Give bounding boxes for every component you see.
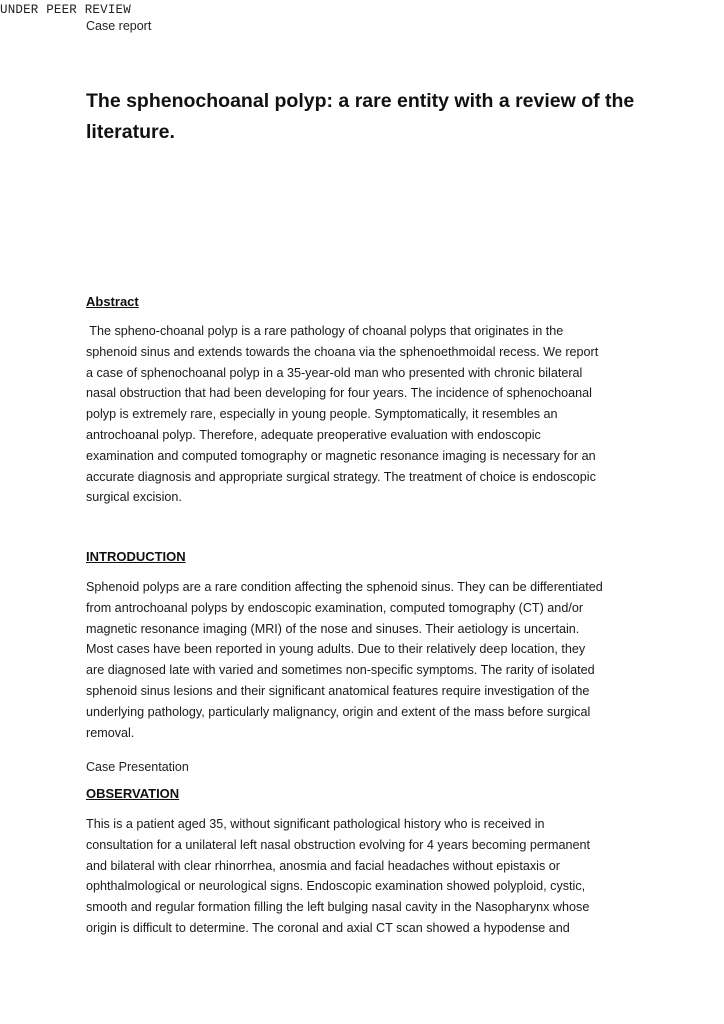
abstract-heading: Abstract: [86, 294, 139, 309]
observation-line: This is a patient aged 35, without signi…: [86, 814, 686, 835]
abstract-line: nasal obstruction that had been developi…: [86, 383, 686, 404]
observation-paragraph: This is a patient aged 35, without signi…: [86, 814, 686, 939]
title-line: The sphenochoanal polyp: a rare entity w…: [86, 86, 666, 117]
introduction-paragraph: Sphenoid polyps are a rare condition aff…: [86, 577, 686, 743]
abstract-line: sphenoid sinus and extends towards the c…: [86, 342, 686, 363]
abstract-line: The spheno-choanal polyp is a rare patho…: [86, 321, 686, 342]
abstract-line: polyp is extremely rare, especially in y…: [86, 404, 686, 425]
abstract-line: surgical excision.: [86, 487, 686, 508]
case-presentation-label: Case Presentation: [86, 760, 189, 774]
observation-line: smooth and regular formation filling the…: [86, 897, 686, 918]
abstract-line: accurate diagnosis and appropriate surgi…: [86, 467, 686, 488]
introduction-line: from antrochoanal polyps by endoscopic e…: [86, 598, 686, 619]
paper-title: The sphenochoanal polyp: a rare entity w…: [86, 86, 666, 148]
introduction-heading: INTRODUCTION: [86, 549, 186, 564]
introduction-line: sphenoid sinus lesions and their signifi…: [86, 681, 686, 702]
abstract-line: antrochoanal polyp. Therefore, adequate …: [86, 425, 686, 446]
observation-line: origin is difficult to determine. The co…: [86, 918, 686, 939]
peer-review-watermark: UNDER PEER REVIEW: [0, 3, 131, 17]
observation-line: and bilateral with clear rhinorrhea, ano…: [86, 856, 686, 877]
title-line: literature.: [86, 117, 666, 148]
introduction-line: removal.: [86, 723, 686, 744]
abstract-line: examination and computed tomography or m…: [86, 446, 686, 467]
article-type-label: Case report: [86, 19, 151, 33]
observation-heading: OBSERVATION: [86, 786, 179, 801]
introduction-line: are diagnosed late with varied and somet…: [86, 660, 686, 681]
introduction-line: underlying pathology, particularly malig…: [86, 702, 686, 723]
observation-line: ophthalmological or neurological signs. …: [86, 876, 686, 897]
introduction-line: Most cases have been reported in young a…: [86, 639, 686, 660]
observation-line: consultation for a unilateral left nasal…: [86, 835, 686, 856]
introduction-line: magnetic resonance imaging (MRI) of the …: [86, 619, 686, 640]
abstract-paragraph: The spheno-choanal polyp is a rare patho…: [86, 321, 686, 508]
abstract-line: a case of sphenochoanal polyp in a 35-ye…: [86, 363, 686, 384]
introduction-line: Sphenoid polyps are a rare condition aff…: [86, 577, 686, 598]
